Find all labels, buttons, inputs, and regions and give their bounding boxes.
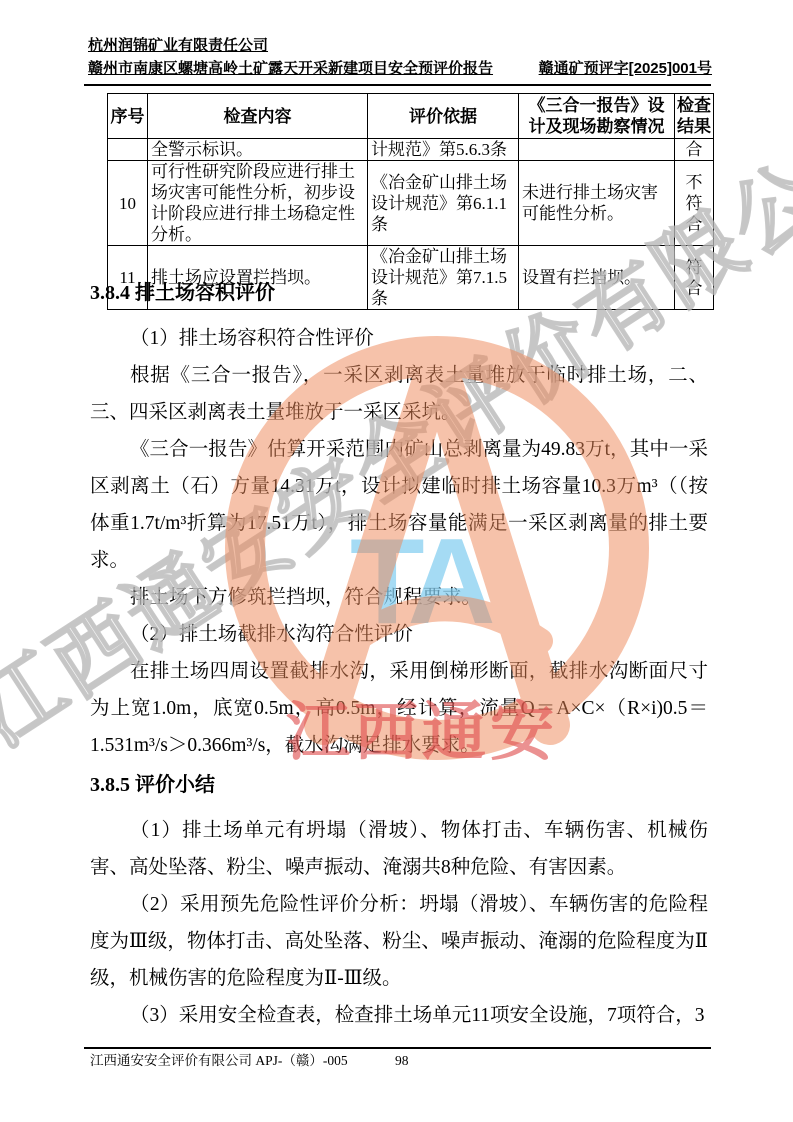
- table-cell-basis: 《冶金矿山排土场设计规范》第6.1.1条: [368, 161, 519, 246]
- table-cell-result: 不符合: [675, 161, 714, 246]
- paragraph: 排土场下方修筑拦挡坝，符合规程要求。: [90, 579, 708, 616]
- table-header-cell-situation: 《三合一报告》设计及现场勘察情况: [519, 94, 675, 139]
- paragraph: 在排土场四周设置截排水沟，采用倒梯形断面，截排水沟断面尺寸为上宽1.0m，底宽0…: [90, 653, 708, 764]
- document-body: 3.8.4 排土场容积评价 （1）排土场容积符合性评价 根据《三合一报告》，一采…: [90, 272, 708, 1034]
- header-doc-number: 赣通矿预评字[2025]001号: [539, 57, 712, 80]
- table-header-cell-no: 序号: [108, 94, 148, 139]
- section-heading-3-8-4: 3.8.4 排土场容积评价: [90, 278, 708, 308]
- table-cell-no: [108, 139, 148, 161]
- paragraph: （2）排土场截排水沟符合性评价: [90, 616, 708, 653]
- header-report-title: 赣州市南康区螺塘高岭土矿露天开采新建项目安全预评价报告: [88, 57, 493, 80]
- paragraph: （1）排土场容积符合性评价: [90, 320, 708, 357]
- paragraph: （1）排土场单元有坍塌（滑坡）、物体打击、车辆伤害、机械伤害、高处坠落、粉尘、噪…: [90, 812, 708, 886]
- header-title-row: 赣州市南康区螺塘高岭土矿露天开采新建项目安全预评价报告 赣通矿预评字[2025]…: [88, 57, 712, 80]
- document-page: 杭州润锦矿业有限责任公司 赣州市南康区螺塘高岭土矿露天开采新建项目安全预评价报告…: [0, 0, 793, 1122]
- table-cell-situation: [519, 139, 675, 161]
- paragraph: （3）采用安全检查表，检查排土场单元11项安全设施，7项符合，3: [90, 997, 708, 1034]
- table-row: 全警示标识。 计规范》第5.6.3条 合: [108, 139, 714, 161]
- footer-divider: [84, 1047, 711, 1049]
- paragraph: （2）采用预先危险性评价分析：坍塌（滑坡）、车辆伤害的危险程度为Ⅲ级，物体打击、…: [90, 886, 708, 997]
- page-footer: 江西通安安全评价有限公司 APJ-（赣）-005 98: [90, 1052, 710, 1070]
- table-header-cell-result: 检查结果: [675, 94, 714, 139]
- table-cell-content: 全警示标识。: [148, 139, 368, 161]
- paragraph: 《三合一报告》估算开采范围内矿山总剥离量为49.83万t，其中一采区剥离土（石）…: [90, 431, 708, 579]
- page-number: 98: [395, 1052, 409, 1070]
- header-divider: [84, 84, 711, 86]
- table-cell-situation: 未进行排土场灾害可能性分析。: [519, 161, 675, 246]
- table-header-cell-content: 检查内容: [148, 94, 368, 139]
- table-cell-content: 可行性研究阶段应进行排土场灾害可能性分析，初步设计阶段应进行排土场稳定性分析。: [148, 161, 368, 246]
- header-company: 杭州润锦矿业有限责任公司: [88, 34, 712, 57]
- table-cell-no: 10: [108, 161, 148, 246]
- footer-company-code: 江西通安安全评价有限公司 APJ-（赣）-005: [90, 1053, 348, 1068]
- table-cell-basis: 计规范》第5.6.3条: [368, 139, 519, 161]
- page-header: 杭州润锦矿业有限责任公司 赣州市南康区螺塘高岭土矿露天开采新建项目安全预评价报告…: [88, 34, 712, 80]
- section-heading-3-8-5: 3.8.5 评价小结: [90, 770, 708, 800]
- paragraph: 根据《三合一报告》，一采区剥离表土量堆放于临时排土场，二、三、四采区剥离表土量堆…: [90, 357, 708, 431]
- table-header-cell-basis: 评价依据: [368, 94, 519, 139]
- table-row: 10 可行性研究阶段应进行排土场灾害可能性分析，初步设计阶段应进行排土场稳定性分…: [108, 161, 714, 246]
- table-header-row: 序号 检查内容 评价依据 《三合一报告》设计及现场勘察情况 检查结果: [108, 94, 714, 139]
- table-cell-result: 合: [675, 139, 714, 161]
